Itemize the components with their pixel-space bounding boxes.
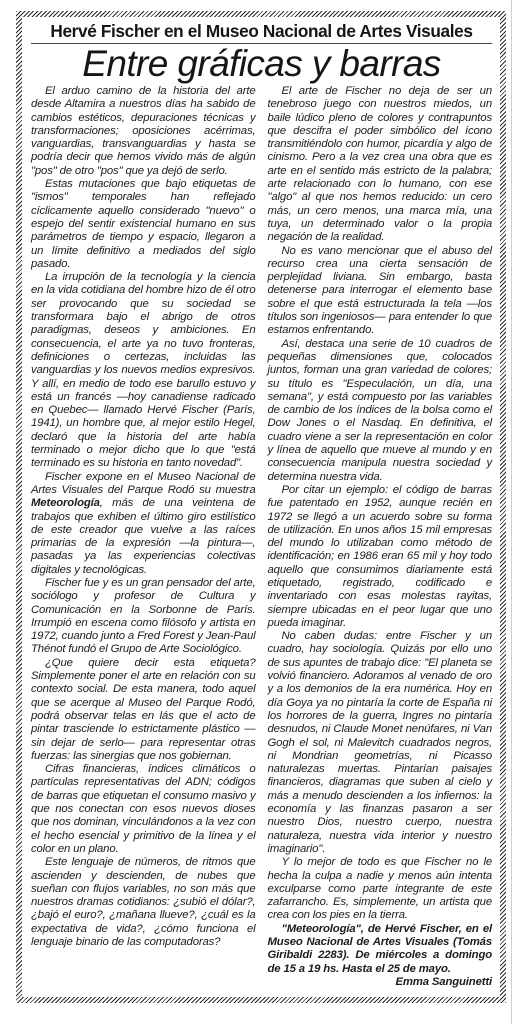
paragraph: El arte de Fischer no deja de ser un ten… — [268, 85, 493, 245]
paragraph: Fischer expone en el Museo Nacional de A… — [31, 471, 256, 577]
article-headline: Entre gráficas y barras — [31, 44, 492, 84]
article-columns: El arduo camino de la historia del arte … — [31, 85, 492, 989]
exhibition-info: "Meteorología", de Hervé Fischer, en el … — [268, 923, 493, 976]
article-frame-hatched-border: Hervé Fischer en el Museo Nacional de Ar… — [16, 11, 506, 1003]
paragraph-text: Fischer expone en el Museo Nacional de A… — [31, 471, 256, 496]
paragraph: El arduo camino de la historia del arte … — [31, 85, 256, 178]
page-edge-line — [511, 0, 512, 1024]
paragraph: Este lenguaje de números, de ritmos que … — [31, 856, 256, 949]
paragraph: No es vano mencionar que el abuso del re… — [268, 245, 493, 338]
exhibition-title: Meteorología — [31, 497, 100, 509]
paragraph: ¿Que quiere decir esta etiqueta? Simplem… — [31, 657, 256, 763]
article-kicker: Hervé Fischer en el Museo Nacional de Ar… — [31, 21, 492, 44]
paragraph: La irrupción de la tecnología y la cienc… — [31, 271, 256, 470]
article-body: Hervé Fischer en el Museo Nacional de Ar… — [22, 17, 500, 997]
right-column: El arte de Fischer no deja de ser un ten… — [268, 85, 493, 989]
paragraph: Fischer fue y es un gran pensador del ar… — [31, 577, 256, 657]
author-byline: Emma Sanguinetti — [268, 976, 493, 989]
paragraph: Estas mutaciones que bajo etiquetas de "… — [31, 178, 256, 271]
paragraph: No caben dudas: entre Fischer y un cuadr… — [268, 630, 493, 856]
paragraph: Así, destaca una serie de 10 cuadros de … — [268, 338, 493, 484]
left-column: El arduo camino de la historia del arte … — [31, 85, 256, 989]
paragraph: Y lo mejor de todo es que Fischer no le … — [268, 856, 493, 922]
paragraph: Cifras financieras, índices climáticos o… — [31, 763, 256, 856]
paragraph: Por citar un ejemplo: el código de barra… — [268, 484, 493, 630]
